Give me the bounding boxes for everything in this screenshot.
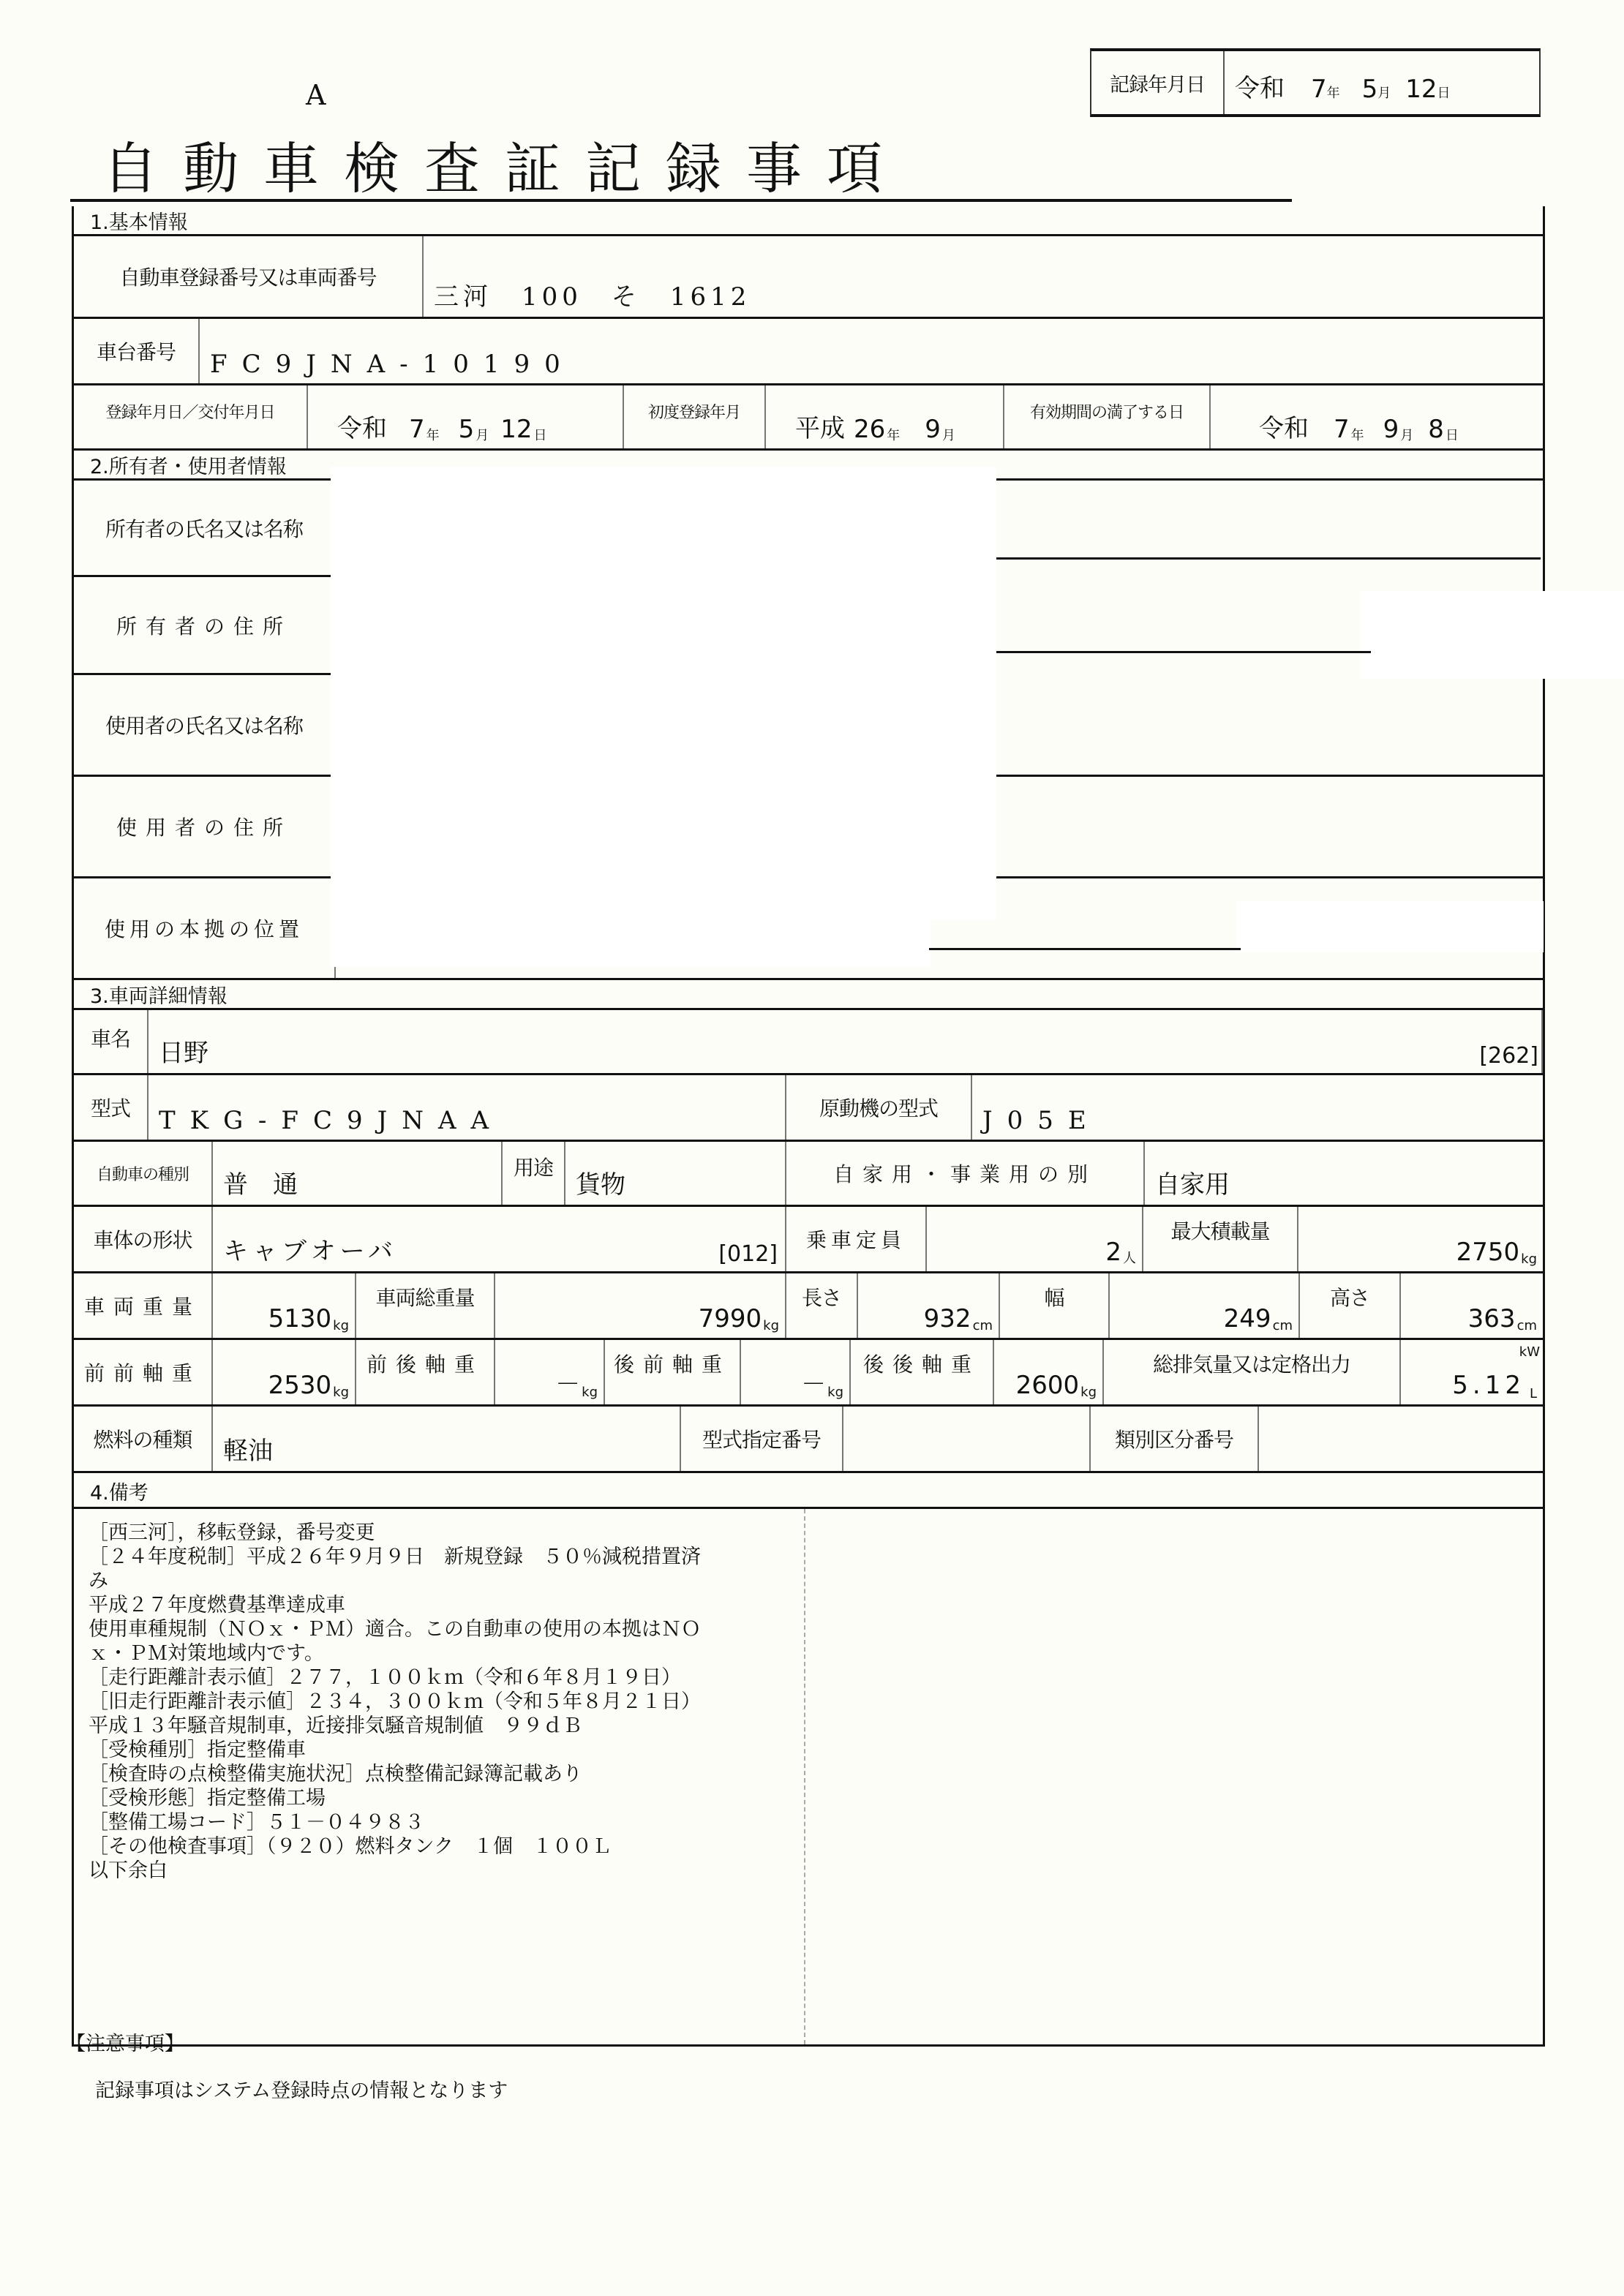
section-vehicle-header: 3.車両詳細情報 [74, 980, 1543, 1010]
kg-unit: kg [827, 1385, 843, 1400]
gross-label: 車両総重量 [356, 1273, 495, 1338]
owner-address-label: 所有者の住所 [74, 577, 336, 675]
month: 9 [925, 415, 941, 444]
era: 令和 [1259, 408, 1309, 444]
month-unit: 月 [1377, 86, 1391, 101]
use-label: 用途 [503, 1142, 565, 1205]
era: 令和 [1235, 68, 1285, 104]
reg-number-row: 自動車登録番号又は車両番号 三河 100 そ 1612 [74, 236, 1543, 319]
width-number: 249 [1224, 1304, 1271, 1333]
axle-row: 前前軸重 2530kg 前後軸重 －kg 後前軸重 －kg 後後軸重 2600k… [74, 1340, 1543, 1407]
max-load-value: 2750kg [1298, 1207, 1543, 1271]
weight-value: 5130kg [213, 1273, 356, 1338]
day-unit: 日 [1446, 425, 1459, 444]
vehicle-type-value: 普 通 [213, 1142, 503, 1205]
title-rule [70, 199, 1292, 202]
redaction-patch [331, 467, 996, 920]
remarks-line: み [89, 1569, 804, 1593]
engine-value: J05E [972, 1075, 1543, 1140]
month: 9 [1383, 415, 1399, 444]
height-label: 高さ [1300, 1273, 1401, 1338]
body-code: [012] [718, 1241, 778, 1267]
page-title: 自動車検査証記録事項 [102, 124, 907, 204]
fuel-value: 軽油 [213, 1407, 681, 1471]
section-basic-header: 1.基本情報 [74, 206, 1543, 236]
weight-number: 5130 [268, 1304, 332, 1333]
vehicle-name-label: 車名 [74, 1010, 149, 1073]
capacity-value: 2人 [927, 1207, 1143, 1271]
rr-axle-value: 2600kg [994, 1340, 1104, 1404]
remarks-text: ［西三河］，移転登録，番号変更［２４年度税制］平成２６年９月９日 新規登録 ５０… [74, 1509, 805, 2044]
weights-dimensions-row: 車両重量 5130kg 車両総重量 7990kg 長さ 932cm 幅 249c… [74, 1273, 1543, 1340]
vehicle-name-row: 車名 日野 [262] [74, 1010, 1543, 1075]
cm-unit: cm [1517, 1318, 1537, 1333]
year-unit: 年 [887, 425, 900, 444]
cm-unit: cm [1273, 1318, 1293, 1333]
row-divider [929, 948, 1241, 950]
ff-axle-number: 2530 [268, 1371, 332, 1400]
owner-name-label: 所有者の氏名又は名称 [74, 481, 336, 577]
era: 令和 [337, 408, 387, 444]
expiry-value: 令和 7年 9月 8日 [1211, 385, 1543, 448]
ff-axle-value: 2530kg [213, 1340, 356, 1404]
category-value [1259, 1407, 1543, 1471]
remarks-line: ｘ・ＰＭ対策地域内です。 [89, 1641, 804, 1665]
section-title: 2.所有者・使用者情報 [90, 451, 287, 479]
remarks-line: ［走行距離計表示値］２７７，１００ｋｍ（令和６年８月１９日） [89, 1665, 804, 1690]
year-unit: 年 [426, 425, 440, 444]
body-label: 車体の形状 [74, 1207, 213, 1271]
body-row: 車体の形状 キャブオーバ [012] 乗車定員 2人 最大積載量 2750kg [74, 1207, 1543, 1273]
kg-unit: kg [582, 1385, 598, 1400]
displacement-label: 総排気量又は定格出力 [1104, 1340, 1401, 1404]
body-value: キャブオーバ [012] [213, 1207, 786, 1271]
max-load-number: 2750 [1456, 1238, 1520, 1267]
year: 26 [854, 415, 885, 444]
vehicle-type-label: 自動車の種別 [74, 1142, 213, 1205]
remarks-line: ［整備工場コード］５１－０４９８３ [89, 1810, 804, 1834]
kw-unit: kW [1519, 1344, 1540, 1360]
redaction-patch [1361, 591, 1624, 679]
year-unit: 年 [1351, 425, 1364, 444]
fuel-row: 燃料の種類 軽油 型式指定番号 類別区分番号 [74, 1407, 1543, 1473]
engine-label: 原動機の型式 [786, 1075, 972, 1140]
record-date-label: 記録年月日 [1091, 51, 1225, 114]
notes-heading: 【注意事項】 [66, 2028, 184, 2056]
era: 平成 [795, 408, 845, 444]
displacement-value: 5.12 kW L [1401, 1340, 1543, 1404]
remarks-line: 平成２７年度燃費基準達成車 [89, 1593, 804, 1617]
year: 7 [409, 415, 425, 444]
reg-number-value: 三河 100 そ 1612 [424, 236, 1543, 317]
remarks-line: 使用車種規制（ＮＯｘ・ＰＭ）適合。この自動車の使用の本拠はＮＯ [89, 1617, 804, 1641]
row-divider [996, 651, 1371, 653]
fuel-label: 燃料の種類 [74, 1407, 213, 1471]
redaction-patch [331, 901, 931, 967]
day: 12 [500, 415, 532, 444]
width-label: 幅 [1000, 1273, 1110, 1338]
remarks-line: ［旧走行距離計表示値］２３４，３００ｋｍ（令和５年８月２１日） [89, 1690, 804, 1714]
remarks-blank-area [805, 1509, 1543, 2044]
private-value: 自家用 [1145, 1142, 1543, 1205]
model-row: 型式 TKG-FC9JNAA 原動機の型式 J05E [74, 1075, 1543, 1142]
rf-axle-value: －kg [741, 1340, 851, 1404]
remarks-line: ［その他検査事項］（９２０）燃料タンク １個 １００Ｌ [89, 1834, 804, 1859]
record-date-value: 令和 7年 5月 12日 [1225, 51, 1539, 114]
notes-text: 記録事項はシステム登録時点の情報となります [95, 2074, 508, 2103]
height-number: 363 [1468, 1304, 1516, 1333]
remarks-body: ［西三河］，移転登録，番号変更［２４年度税制］平成２６年９月９日 新規登録 ５０… [74, 1509, 1543, 2047]
gross-value: 7990kg [495, 1273, 786, 1338]
month-unit: 月 [942, 425, 955, 444]
base-location-label: 使用の本拠の位置 [74, 878, 336, 978]
model-value: TKG-FC9JNAA [149, 1075, 786, 1140]
rr-axle-label: 後後軸重 [851, 1340, 994, 1404]
chassis-value: FC9JNA-10190 [200, 319, 1543, 383]
remarks-line: ［受検種別］指定整備車 [89, 1738, 804, 1762]
length-number: 932 [924, 1304, 971, 1333]
type-row: 自動車の種別 普 通 用途 貨物 自家用・事業用の別 自家用 [74, 1142, 1543, 1207]
model-label: 型式 [74, 1075, 149, 1140]
remarks-line: ［西三河］，移転登録，番号変更 [89, 1521, 804, 1545]
redaction-patch [1236, 901, 1544, 952]
type-designation-label: 型式指定番号 [681, 1407, 843, 1471]
month: 5 [1362, 75, 1378, 104]
cm-unit: cm [973, 1318, 993, 1333]
height-value: 363cm [1401, 1273, 1543, 1338]
rf-axle-number: － [801, 1364, 826, 1400]
capacity-label: 乗車定員 [786, 1207, 927, 1271]
day: 12 [1405, 75, 1437, 104]
section-title: 1.基本情報 [90, 206, 188, 235]
remarks-line: ［受検形態］指定整備工場 [89, 1786, 804, 1810]
record-date-box: 記録年月日 令和 7年 5月 12日 [1090, 48, 1541, 117]
liter-unit: L [1530, 1386, 1537, 1401]
remarks-line: 平成１３年騒音規制車，近接排気騒音規制値 ９９ｄＢ [89, 1714, 804, 1738]
displacement-number: 5.12 [1452, 1371, 1525, 1400]
reg-date-value: 令和 7年 5月 12日 [308, 385, 624, 448]
section-title: 3.車両詳細情報 [90, 980, 228, 1009]
row-divider [996, 557, 1541, 560]
reg-number-label: 自動車登録番号又は車両番号 [74, 236, 424, 317]
day-unit: 日 [534, 425, 547, 444]
user-address-label: 使用者の住所 [74, 777, 336, 876]
capacity-unit: 人 [1123, 1248, 1136, 1267]
year: 7 [1311, 75, 1327, 104]
month-unit: 月 [475, 425, 489, 444]
type-designation-value [843, 1407, 1091, 1471]
fr-axle-label: 前後軸重 [356, 1340, 495, 1404]
month-unit: 月 [1400, 425, 1413, 444]
rf-axle-label: 後前軸重 [605, 1340, 741, 1404]
vehicle-name-value: 日野 [149, 1010, 1543, 1073]
length-value: 932cm [858, 1273, 1000, 1338]
vehicle-name-code: [262] [1479, 1043, 1538, 1069]
use-value: 貨物 [565, 1142, 786, 1205]
day-unit: 日 [1437, 86, 1451, 101]
chassis-row: 車台番号 FC9JNA-10190 [74, 319, 1543, 385]
expiry-label: 有効期間の満了する日 [1004, 385, 1211, 448]
kg-unit: kg [1080, 1385, 1097, 1400]
remarks-line: 以下余白 [89, 1859, 804, 1883]
private-label: 自家用・事業用の別 [786, 1142, 1145, 1205]
rr-axle-number: 2600 [1016, 1371, 1080, 1400]
section-remarks-header: 4.備考 [74, 1473, 1543, 1509]
gross-number: 7990 [699, 1304, 762, 1333]
day: 8 [1428, 415, 1444, 444]
body-shape: キャブオーバ [223, 1231, 397, 1267]
ff-axle-label: 前前軸重 [74, 1340, 213, 1404]
first-reg-label: 初度登録年月 [624, 385, 766, 448]
kg-unit: kg [333, 1385, 349, 1400]
fr-axle-number: － [555, 1364, 580, 1400]
first-reg-value: 平成 26年 9月 [766, 385, 1004, 448]
max-load-label: 最大積載量 [1143, 1207, 1298, 1271]
reg-date-label: 登録年月日／交付年月日 [74, 385, 308, 448]
month: 5 [459, 415, 475, 444]
category-label: 類別区分番号 [1091, 1407, 1259, 1471]
length-label: 長さ [786, 1273, 858, 1338]
remarks-line: ［検査時の点検整備実施状況］点検整備記録簿記載あり [89, 1762, 804, 1786]
fr-axle-value: －kg [495, 1340, 605, 1404]
kg-unit: kg [1521, 1251, 1537, 1267]
user-name-label: 使用者の氏名又は名称 [74, 675, 336, 775]
remarks-line: ［２４年度税制］平成２６年９月９日 新規登録 ５０％減税措置済 [89, 1545, 804, 1569]
form-letter: A [306, 79, 326, 111]
capacity-number: 2 [1105, 1238, 1121, 1267]
year-unit: 年 [1327, 86, 1340, 101]
chassis-label: 車台番号 [74, 319, 200, 383]
year: 7 [1334, 415, 1350, 444]
dates-row: 登録年月日／交付年月日 令和 7年 5月 12日 初度登録年月 平成 26年 9… [74, 385, 1543, 451]
kg-unit: kg [333, 1318, 349, 1333]
weight-label: 車両重量 [74, 1273, 213, 1338]
width-value: 249cm [1110, 1273, 1300, 1338]
kg-unit: kg [763, 1318, 779, 1333]
section-title: 4.備考 [90, 1477, 149, 1505]
